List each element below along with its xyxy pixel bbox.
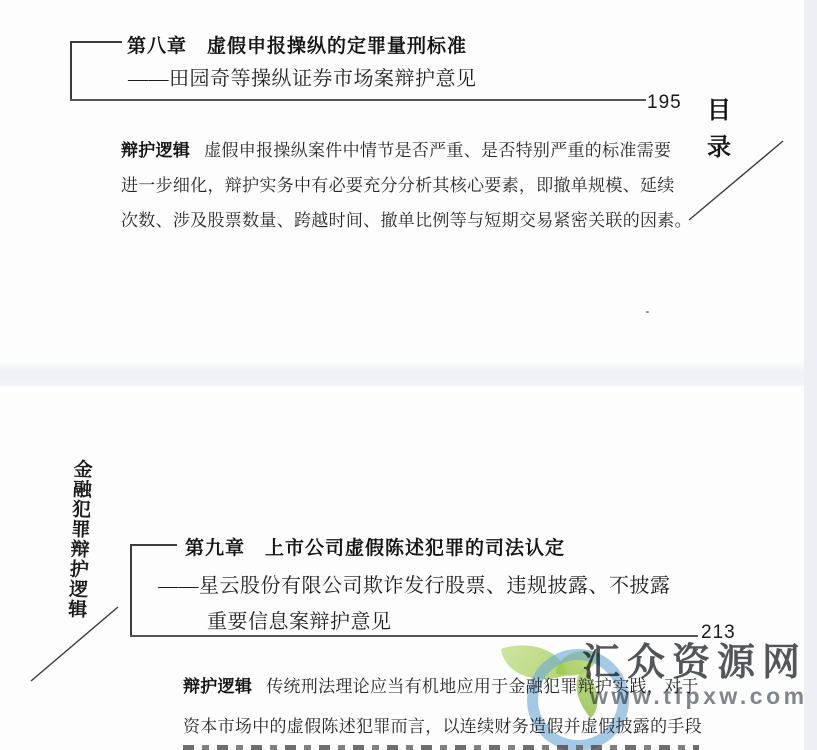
page-scan-seam: [0, 363, 817, 386]
chapter9-subtitle-line2: 重要信息案辩护意见: [207, 605, 392, 634]
chapter9-page-number: 213: [701, 622, 736, 644]
toc-vertical-label: 目 录: [707, 99, 731, 160]
scan-edge-strip: [804, 0, 817, 750]
bracket9-bottom-rule: [130, 635, 698, 637]
toc-char-bottom: 录: [707, 136, 731, 160]
toc-char-top: 目: [707, 99, 731, 123]
chapter8-title: 第八章 虚假申报操纵的定罪量刑标准: [127, 31, 467, 58]
chapter8-logic-label: 辩护逻辑: [121, 141, 190, 160]
chapter8-summary-text1: 虚假申报操纵案件中情节是否严重、是否特别严重的标准需要: [204, 141, 671, 160]
bracket9-left-rule: [130, 544, 132, 637]
chapter9-subtitle-line1: ——星云股份有限公司欺诈发行股票、违规披露、不披露: [158, 569, 671, 598]
chapter8-summary-line2: 进一步细化，辩护实务中有必要充分分析其核心要素，即撤单规模、延续: [121, 171, 675, 196]
chapter8-summary-line3: 次数、涉及股票数量、跨越时间、撤单比例等与短期交易紧密关联的因素。: [121, 206, 692, 231]
chapter9-summary-line3-clipped: [183, 745, 699, 750]
chapter8-subtitle: ——田园奇等操纵证券市场案辩护意见: [128, 62, 477, 91]
watermark-site-name: 汇众资源网: [582, 644, 807, 682]
chapter9-summary-line2: 资本市场中的虚假陈述犯罪而言，以连续财务造假并虚假披露的手段: [183, 712, 702, 737]
chapter9-logic-label: 辩护逻辑: [183, 677, 252, 696]
bracket8-bottom-rule: [70, 99, 646, 101]
book-spine-title: 金融犯罪辩护逻辑: [66, 459, 91, 620]
bracket9-top-rule: [130, 544, 177, 546]
bracket8-top-rule: [70, 41, 122, 43]
chapter9-title: 第九章 上市公司虚假陈述犯罪的司法认定: [185, 533, 565, 560]
bracket8-left-rule: [70, 41, 72, 101]
watermark-site-url: www.tfpxw.com: [590, 685, 808, 708]
chapter8-page-number: 195: [647, 92, 682, 114]
chapter8-summary-line1: 辩护逻辑虚假申报操纵案件中情节是否严重、是否特别严重的标准需要: [121, 136, 671, 161]
scan-speck: [646, 311, 649, 313]
